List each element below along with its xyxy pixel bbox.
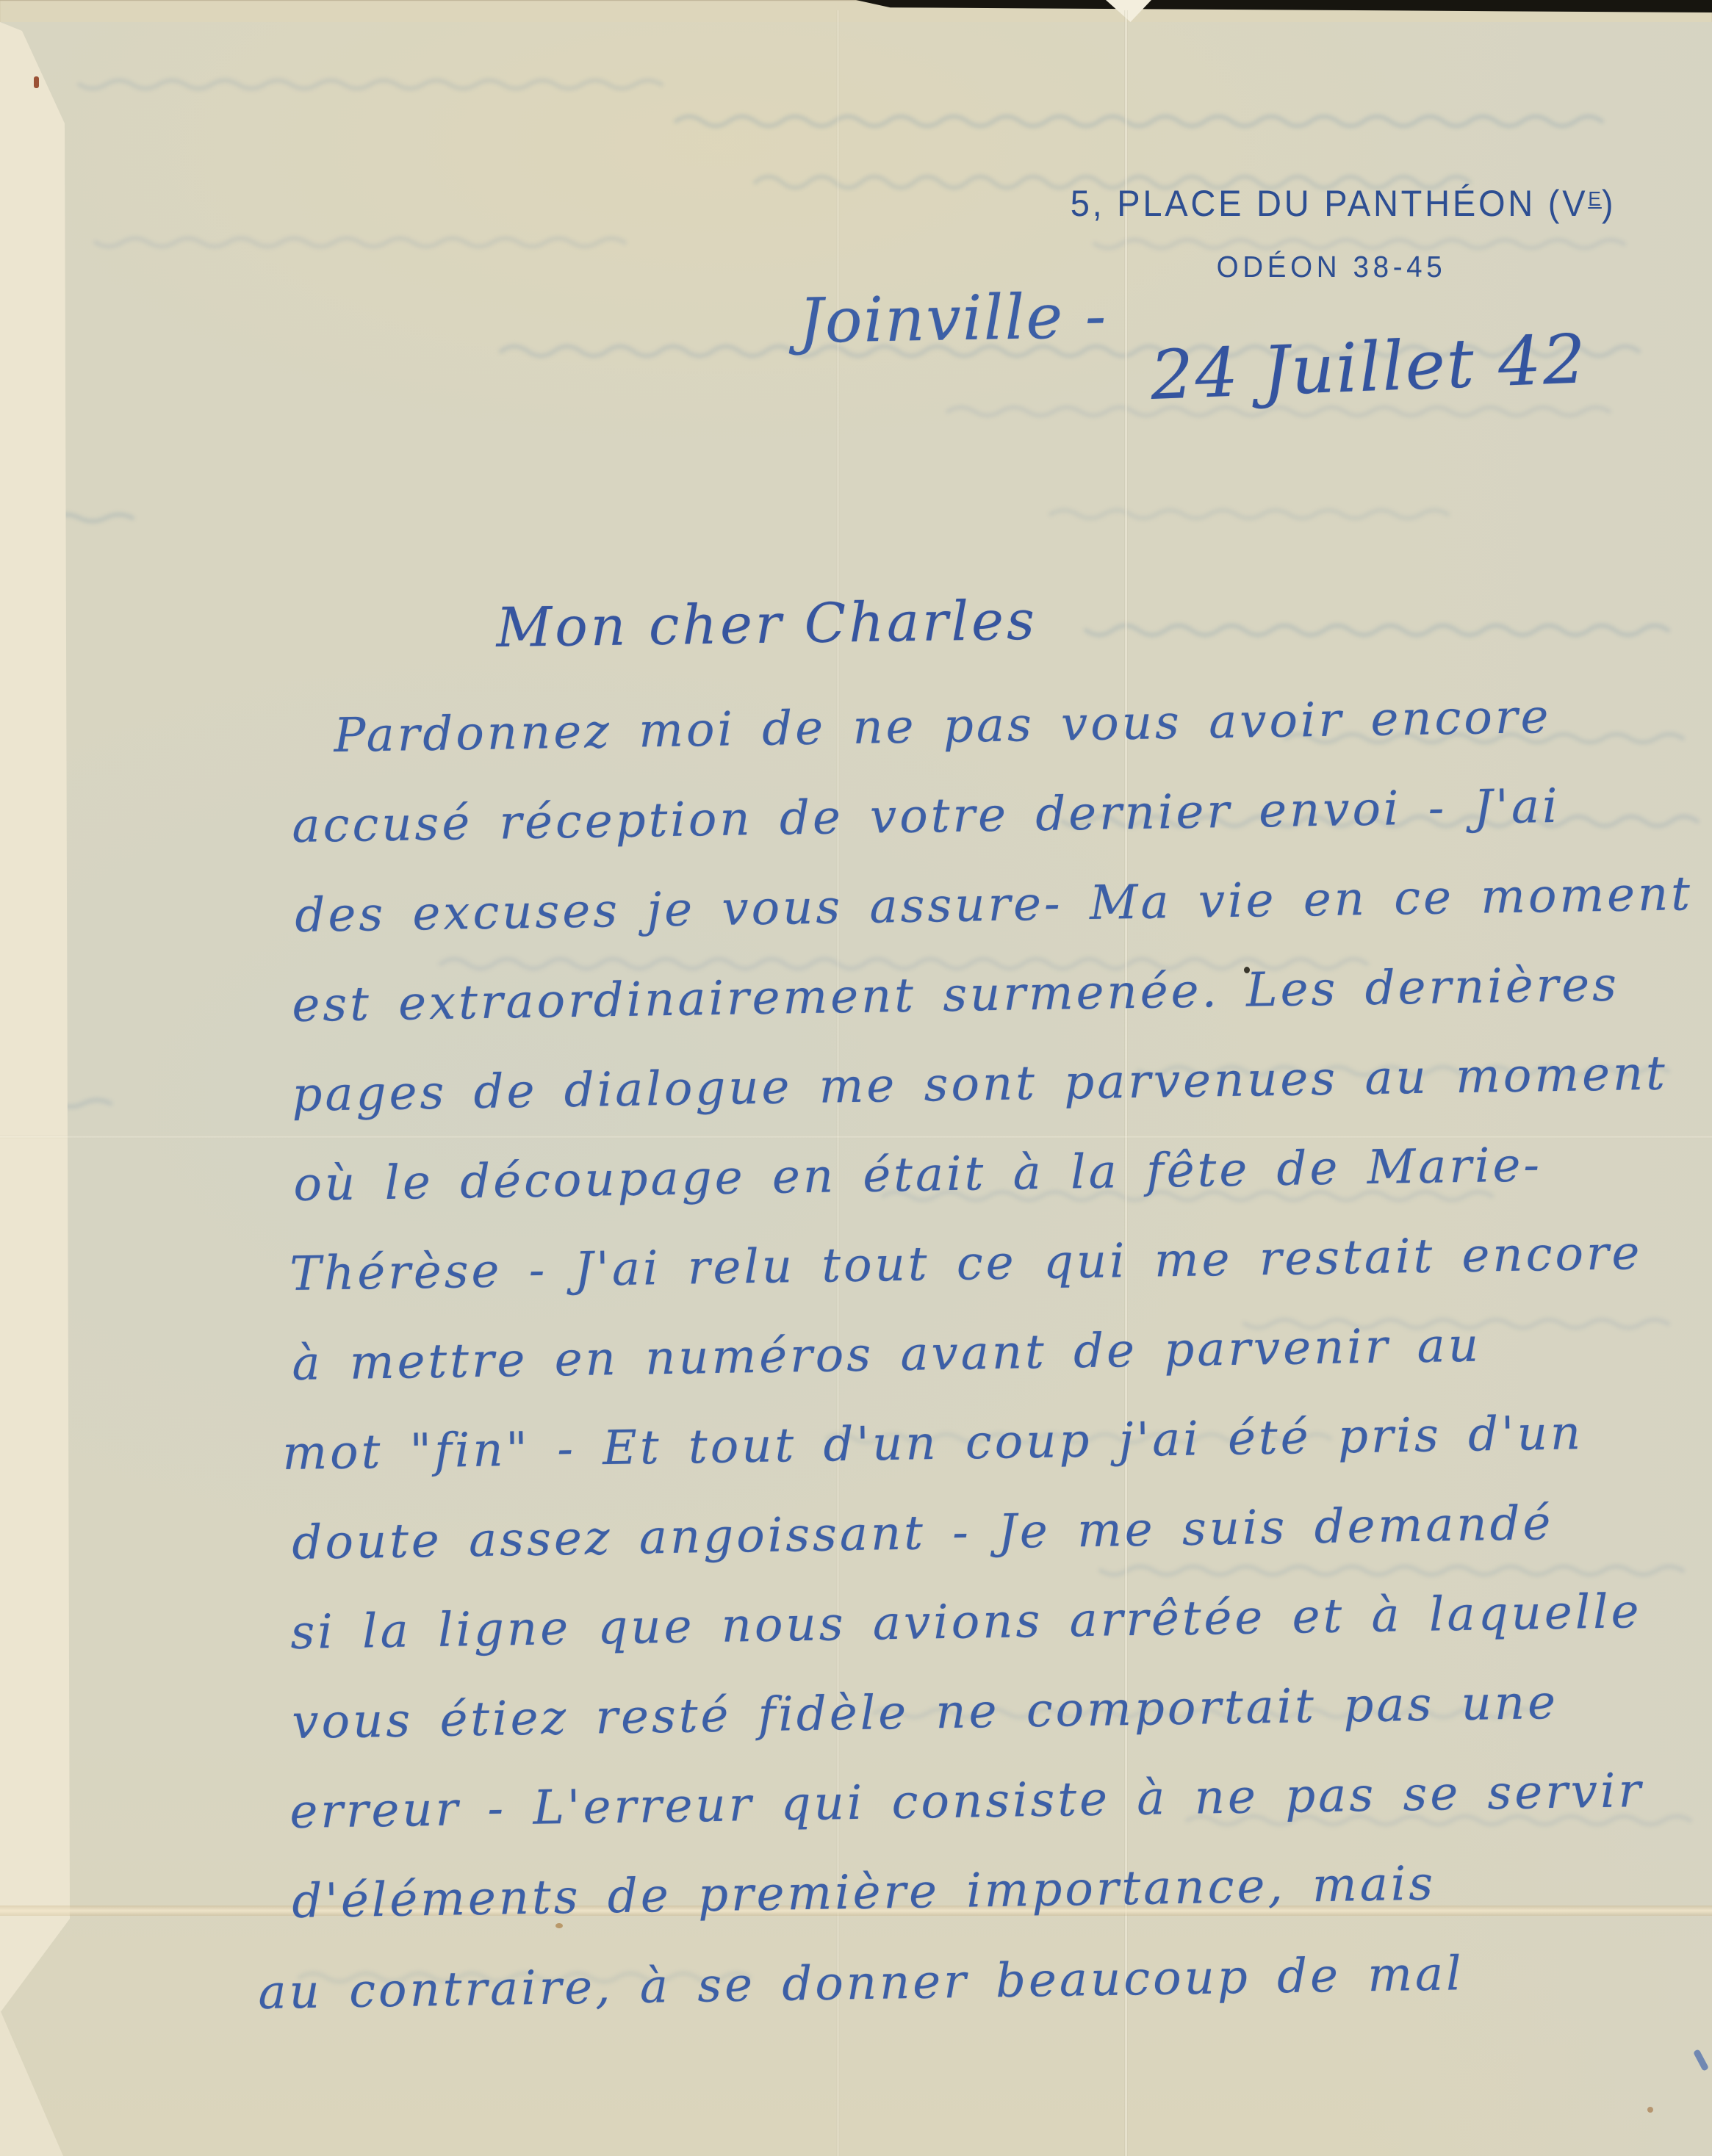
letterhead-phone: ODÉON 38-45: [1217, 250, 1447, 284]
foxing-speck: [555, 1923, 563, 1928]
letterhead-address-superscript: E: [1588, 187, 1602, 210]
dateline-date: 24 Juillet 42: [1149, 320, 1589, 415]
foxing-speck: [34, 76, 39, 88]
salutation: Mon cher Charles: [496, 589, 1038, 660]
dateline-place: Joinville -: [798, 280, 1108, 357]
letterhead-address-text: 5, PLACE DU PANTHÉON (V: [1071, 183, 1589, 224]
foxing-speck: [1647, 2107, 1653, 2113]
letterhead-address: 5, PLACE DU PANTHÉON (VE): [1071, 182, 1616, 225]
letter-scan: 5, PLACE DU PANTHÉON (VE) ODÉON 38-45 Jo…: [0, 0, 1712, 2156]
letterhead-address-close: ): [1602, 183, 1616, 224]
ink-speck: [1244, 967, 1250, 973]
fold-crease-horizontal: [0, 1135, 1712, 1139]
